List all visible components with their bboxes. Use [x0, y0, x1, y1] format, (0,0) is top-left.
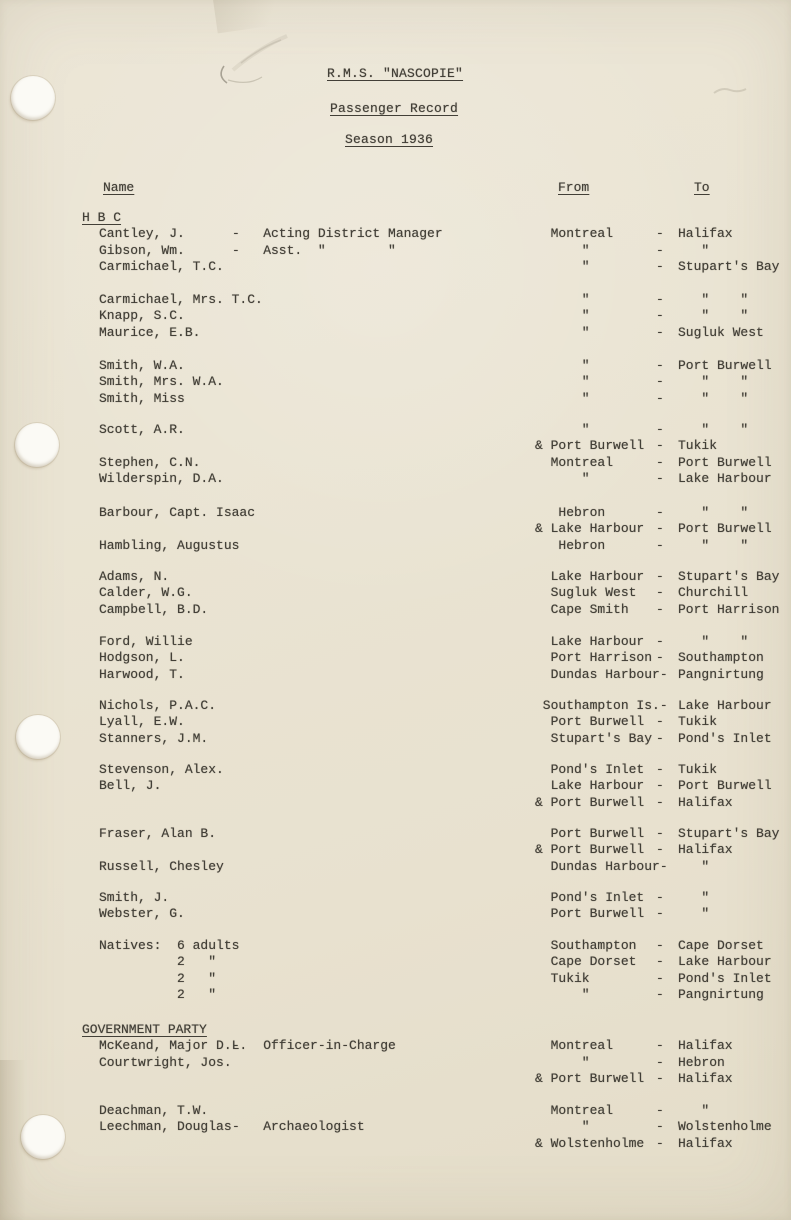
passenger-row: Deachman, T.W. Montreal- ": [0, 1103, 791, 1119]
passenger-row: Gibson, Wm.- Asst. " " "- ": [0, 243, 791, 259]
passenger-role: - Officer-in-Charge: [232, 1038, 396, 1054]
route-from: ": [535, 259, 590, 275]
passenger-name: Nichols, P.A.C.: [99, 698, 216, 714]
route-dash: -: [656, 1103, 664, 1119]
passenger-name: Adams, N.: [99, 569, 169, 585]
route-from: & Port Burwell: [535, 1071, 644, 1087]
route-to: " ": [678, 422, 748, 438]
route-dash: -: [656, 826, 664, 842]
route-dash: -: [656, 438, 664, 454]
passenger-name: Scott, A.R.: [99, 422, 185, 438]
route-to: Halifax: [678, 795, 733, 811]
passenger-row: Harwood, T. Dundas Harbour-Pangnirtung: [0, 667, 791, 683]
route-to: Wolstenholme: [678, 1119, 772, 1135]
route-dash: -: [656, 455, 664, 471]
route-dash: -: [656, 906, 664, 922]
column-header-to: To: [694, 180, 710, 195]
route-dash: -: [656, 1136, 664, 1152]
passenger-name: Barbour, Capt. Isaac: [99, 505, 255, 521]
route-from: Montreal: [535, 1038, 613, 1054]
passenger-row: & Wolstenholme-Halifax: [0, 1136, 791, 1152]
passenger-group: Scott, A.R. "- " "& Port Burwell-TukikSt…: [0, 422, 791, 487]
route-from: ": [535, 422, 590, 438]
passenger-group: Smith, W.A. "-Port BurwellSmith, Mrs. W.…: [0, 358, 791, 407]
route-dash: -: [656, 1071, 664, 1087]
route-from: ": [535, 308, 590, 324]
passenger-row: Bell, J. Lake Harbour-Port Burwell: [0, 778, 791, 794]
punch-hole: [11, 76, 55, 120]
route-to: Tukik: [678, 714, 717, 730]
route-from: Pond's Inlet: [535, 890, 644, 906]
route-to: " ": [678, 538, 748, 554]
passenger-row: Stevenson, Alex. Pond's Inlet-Tukik: [0, 762, 791, 778]
route-to: Port Burwell: [678, 455, 772, 471]
passenger-name: Smith, J.: [99, 890, 169, 906]
route-dash: -: [656, 602, 664, 618]
section-heading: H B C: [82, 210, 121, 226]
route-from: ": [535, 374, 590, 390]
route-dash: -: [656, 634, 664, 650]
route-from: Hebron: [535, 538, 605, 554]
route-to: Tukik: [678, 438, 717, 454]
route-to: Halifax: [678, 1038, 733, 1054]
passenger-name: McKeand, Major D.L.: [99, 1038, 247, 1054]
passenger-row: Courtwright, Jos. "-Hebron: [0, 1055, 791, 1071]
passenger-group: Ford, Willie Lake Harbour- " "Hodgson, L…: [0, 634, 791, 683]
route-from: Cape Dorset: [535, 954, 636, 970]
passenger-row: Maurice, E.B. "-Sugluk West: [0, 325, 791, 341]
passenger-row: Knapp, S.C. "- " ": [0, 308, 791, 324]
route-dash: -: [656, 1119, 664, 1135]
route-from: Stupart's Bay: [535, 731, 652, 747]
passenger-group: H B CCantley, J.- Acting District Manage…: [0, 210, 791, 275]
route-from: Port Burwell: [535, 906, 644, 922]
scanned-document-page: R.M.S. "NASCOPIE" Passenger Record Seaso…: [0, 0, 791, 1220]
passenger-row: Natives: 6 adults Southampton-Cape Dorse…: [0, 938, 791, 954]
passenger-row: Smith, W.A. "-Port Burwell: [0, 358, 791, 374]
route-to: Lake Harbour: [678, 471, 772, 487]
route-dash: -: [656, 243, 664, 259]
route-dash: -: [656, 505, 664, 521]
passenger-row: Carmichael, Mrs. T.C. "- " ": [0, 292, 791, 308]
passenger-name: Stephen, C.N.: [99, 455, 200, 471]
route-to: ": [678, 890, 709, 906]
route-dash: -: [656, 731, 664, 747]
route-from: & Port Burwell: [535, 842, 644, 858]
passenger-row: 2 " Cape Dorset-Lake Harbour: [0, 954, 791, 970]
passenger-row: & Port Burwell-Tukik: [0, 438, 791, 454]
route-to: Halifax: [678, 1071, 733, 1087]
route-from: Southampton Is.-: [535, 698, 668, 714]
passenger-group: Stevenson, Alex. Pond's Inlet-TukikBell,…: [0, 762, 791, 811]
route-to: Pond's Inlet: [678, 731, 772, 747]
route-from: Port Burwell: [535, 714, 644, 730]
passenger-row: McKeand, Major D.L.- Officer-in-Charge M…: [0, 1038, 791, 1054]
route-to: Lake Harbour: [678, 954, 772, 970]
passenger-group: Barbour, Capt. Isaac Hebron- " "& Lake H…: [0, 505, 791, 554]
passenger-group: Adams, N. Lake Harbour-Stupart's BayCald…: [0, 569, 791, 618]
route-from: Montreal: [535, 1103, 613, 1119]
route-dash: -: [656, 778, 664, 794]
route-dash: -: [656, 890, 664, 906]
route-dash: -: [656, 391, 664, 407]
route-from: ": [535, 292, 590, 308]
route-to: Churchill: [678, 585, 748, 601]
passenger-name: Hambling, Augustus: [99, 538, 239, 554]
passenger-name: Ford, Willie: [99, 634, 193, 650]
route-dash: -: [656, 795, 664, 811]
passenger-row: & Port Burwell-Halifax: [0, 795, 791, 811]
route-from: ": [535, 391, 590, 407]
passenger-row: Wilderspin, D.A. "-Lake Harbour: [0, 471, 791, 487]
passenger-row: Lyall, E.W. Port Burwell-Tukik: [0, 714, 791, 730]
passenger-row: Carmichael, T.C. "-Stupart's Bay: [0, 259, 791, 275]
route-from: Hebron: [535, 505, 605, 521]
passenger-name: Lyall, E.W.: [99, 714, 185, 730]
passenger-name: Natives: 6 adults: [99, 938, 239, 954]
passenger-name: Smith, W.A.: [99, 358, 185, 374]
passenger-role: - Acting District Manager: [232, 226, 443, 242]
route-dash: -: [656, 762, 664, 778]
passenger-group: Carmichael, Mrs. T.C. "- " "Knapp, S.C. …: [0, 292, 791, 341]
passenger-name: Cantley, J.: [99, 226, 185, 242]
route-to: Pond's Inlet: [678, 971, 772, 987]
passenger-name: Gibson, Wm.: [99, 243, 185, 259]
route-dash: -: [656, 538, 664, 554]
route-from: Sugluk West: [535, 585, 636, 601]
route-to: Halifax: [678, 1136, 733, 1152]
route-dash: -: [656, 1038, 664, 1054]
route-from: ": [535, 987, 590, 1003]
passenger-row: Fraser, Alan B. Port Burwell-Stupart's B…: [0, 826, 791, 842]
route-to: Port Harrison: [678, 602, 779, 618]
route-to: " ": [678, 308, 748, 324]
passenger-name: Stanners, J.M.: [99, 731, 208, 747]
route-from: Port Burwell: [535, 826, 644, 842]
route-dash: -: [656, 1055, 664, 1071]
section-row: H B C: [0, 210, 791, 226]
passenger-name: Smith, Mrs. W.A.: [99, 374, 224, 390]
passenger-name: Deachman, T.W.: [99, 1103, 208, 1119]
route-from: Dundas Harbour-: [535, 859, 668, 875]
passenger-name: Wilderspin, D.A.: [99, 471, 224, 487]
route-to: Lake Harbour: [678, 698, 772, 714]
passenger-row: Russell, Chesley Dundas Harbour- ": [0, 859, 791, 875]
route-to: Pangnirtung: [678, 667, 764, 683]
route-from: Port Harrison: [535, 650, 652, 666]
passenger-group: Smith, J. Pond's Inlet- "Webster, G. Por…: [0, 890, 791, 923]
passenger-name: 2 ": [99, 971, 216, 987]
passenger-name: Maurice, E.B.: [99, 325, 200, 341]
route-to: Tukik: [678, 762, 717, 778]
route-dash: -: [656, 259, 664, 275]
passenger-row: Smith, Miss "- " ": [0, 391, 791, 407]
passenger-row: Barbour, Capt. Isaac Hebron- " ": [0, 505, 791, 521]
route-dash: -: [656, 714, 664, 730]
passenger-row: 2 " "-Pangnirtung: [0, 987, 791, 1003]
route-dash: -: [656, 650, 664, 666]
route-to: " ": [678, 391, 748, 407]
paper-tear-shadow: [213, 0, 297, 33]
passenger-name: Calder, W.G.: [99, 585, 193, 601]
passenger-row: Adams, N. Lake Harbour-Stupart's Bay: [0, 569, 791, 585]
section-row: GOVERNMENT PARTY: [0, 1022, 791, 1038]
passenger-row: Stephen, C.N. Montreal-Port Burwell: [0, 455, 791, 471]
passenger-row: Stanners, J.M. Stupart's Bay-Pond's Inle…: [0, 731, 791, 747]
route-from: ": [535, 358, 590, 374]
passenger-group: Natives: 6 adults Southampton-Cape Dorse…: [0, 938, 791, 1003]
passenger-name: Carmichael, T.C.: [99, 259, 224, 275]
route-from: Montreal: [535, 455, 613, 471]
route-to: Sugluk West: [678, 325, 764, 341]
passenger-role: - Asst. " ": [232, 243, 396, 259]
passenger-name: Courtwright, Jos.: [99, 1055, 232, 1071]
route-from: Tukik: [535, 971, 590, 987]
route-from: ": [535, 1055, 590, 1071]
route-dash: -: [656, 971, 664, 987]
route-from: & Lake Harbour: [535, 521, 644, 537]
route-to: ": [678, 906, 709, 922]
route-dash: -: [656, 954, 664, 970]
route-dash: -: [656, 325, 664, 341]
passenger-row: Scott, A.R. "- " ": [0, 422, 791, 438]
route-from: Southampton: [535, 938, 636, 954]
passenger-name: Fraser, Alan B.: [99, 826, 216, 842]
route-from: Lake Harbour: [535, 778, 644, 794]
passenger-name: Bell, J.: [99, 778, 161, 794]
passenger-row: Calder, W.G. Sugluk West-Churchill: [0, 585, 791, 601]
route-dash: -: [656, 358, 664, 374]
route-from: & Port Burwell: [535, 438, 644, 454]
route-from: Lake Harbour: [535, 634, 644, 650]
route-to: Hebron: [678, 1055, 725, 1071]
passenger-name: Carmichael, Mrs. T.C.: [99, 292, 263, 308]
passenger-row: Campbell, B.D. Cape Smith-Port Harrison: [0, 602, 791, 618]
column-header-name: Name: [103, 180, 134, 195]
passenger-name: Webster, G.: [99, 906, 185, 922]
route-to: " ": [678, 634, 748, 650]
document-season: Season 1936: [345, 132, 433, 147]
route-to: Port Burwell: [678, 521, 772, 537]
passenger-name: Hodgson, L.: [99, 650, 185, 666]
passenger-row: Nichols, P.A.C. Southampton Is.-Lake Har…: [0, 698, 791, 714]
passenger-row: & Port Burwell-Halifax: [0, 842, 791, 858]
route-to: Stupart's Bay: [678, 259, 779, 275]
route-dash: -: [656, 422, 664, 438]
passenger-row: Hodgson, L. Port Harrison-Southampton: [0, 650, 791, 666]
route-dash: -: [656, 308, 664, 324]
passenger-name: Smith, Miss: [99, 391, 185, 407]
passenger-name: 2 ": [99, 987, 216, 1003]
route-to: Cape Dorset: [678, 938, 764, 954]
passenger-group: GOVERNMENT PARTYMcKeand, Major D.L.- Off…: [0, 1022, 791, 1087]
passenger-group: Deachman, T.W. Montreal- "Leechman, Doug…: [0, 1103, 791, 1152]
passenger-group: Fraser, Alan B. Port Burwell-Stupart's B…: [0, 826, 791, 875]
passenger-name: Stevenson, Alex.: [99, 762, 224, 778]
route-to: Southampton: [678, 650, 764, 666]
route-from: & Wolstenholme: [535, 1136, 644, 1152]
passenger-row: 2 " Tukik-Pond's Inlet: [0, 971, 791, 987]
passenger-name: Leechman, Douglas: [99, 1119, 232, 1135]
route-dash: -: [656, 374, 664, 390]
route-from: Pond's Inlet: [535, 762, 644, 778]
passenger-row: Smith, Mrs. W.A. "- " ": [0, 374, 791, 390]
document-title: R.M.S. "NASCOPIE": [327, 66, 463, 81]
passenger-row: Webster, G. Port Burwell- ": [0, 906, 791, 922]
route-dash: -: [656, 987, 664, 1003]
route-dash: -: [656, 842, 664, 858]
route-from: ": [535, 325, 590, 341]
passenger-group: Nichols, P.A.C. Southampton Is.-Lake Har…: [0, 698, 791, 747]
route-dash: -: [656, 521, 664, 537]
route-from: & Port Burwell: [535, 795, 644, 811]
passenger-row: Leechman, Douglas- Archaeologist "-Wolst…: [0, 1119, 791, 1135]
passenger-name: 2 ": [99, 954, 216, 970]
route-dash: -: [656, 471, 664, 487]
route-to: " ": [678, 505, 748, 521]
route-dash: -: [656, 226, 664, 242]
route-from: Lake Harbour: [535, 569, 644, 585]
route-to: Halifax: [678, 226, 733, 242]
route-to: ": [678, 859, 709, 875]
passenger-row: Hambling, Augustus Hebron- " ": [0, 538, 791, 554]
passenger-name: Russell, Chesley: [99, 859, 224, 875]
passenger-name: Harwood, T.: [99, 667, 185, 683]
section-heading: GOVERNMENT PARTY: [82, 1022, 207, 1038]
route-to: " ": [678, 374, 748, 390]
passenger-row: & Port Burwell-Halifax: [0, 1071, 791, 1087]
route-from: Dundas Harbour-: [535, 667, 668, 683]
route-to: " ": [678, 292, 748, 308]
route-to: Halifax: [678, 842, 733, 858]
route-to: Stupart's Bay: [678, 569, 779, 585]
route-to: Pangnirtung: [678, 987, 764, 1003]
route-from: ": [535, 243, 590, 259]
route-from: Cape Smith: [535, 602, 629, 618]
document-subtitle: Passenger Record: [330, 101, 458, 116]
passenger-name: Campbell, B.D.: [99, 602, 208, 618]
passenger-row: Cantley, J.- Acting District Manager Mon…: [0, 226, 791, 242]
route-from: ": [535, 471, 590, 487]
column-header-from: From: [558, 180, 589, 195]
passenger-row: Smith, J. Pond's Inlet- ": [0, 890, 791, 906]
route-from: ": [535, 1119, 590, 1135]
passenger-name: Knapp, S.C.: [99, 308, 185, 324]
route-to: Stupart's Bay: [678, 826, 779, 842]
route-to: ": [678, 1103, 709, 1119]
passenger-row: Ford, Willie Lake Harbour- " ": [0, 634, 791, 650]
route-to: Port Burwell: [678, 778, 772, 794]
route-to: Port Burwell: [678, 358, 772, 374]
route-from: Montreal: [535, 226, 613, 242]
passenger-role: - Archaeologist: [232, 1119, 365, 1135]
route-to: ": [678, 243, 709, 259]
route-dash: -: [656, 569, 664, 585]
passenger-row: & Lake Harbour-Port Burwell: [0, 521, 791, 537]
route-dash: -: [656, 938, 664, 954]
route-dash: -: [656, 585, 664, 601]
route-dash: -: [656, 292, 664, 308]
